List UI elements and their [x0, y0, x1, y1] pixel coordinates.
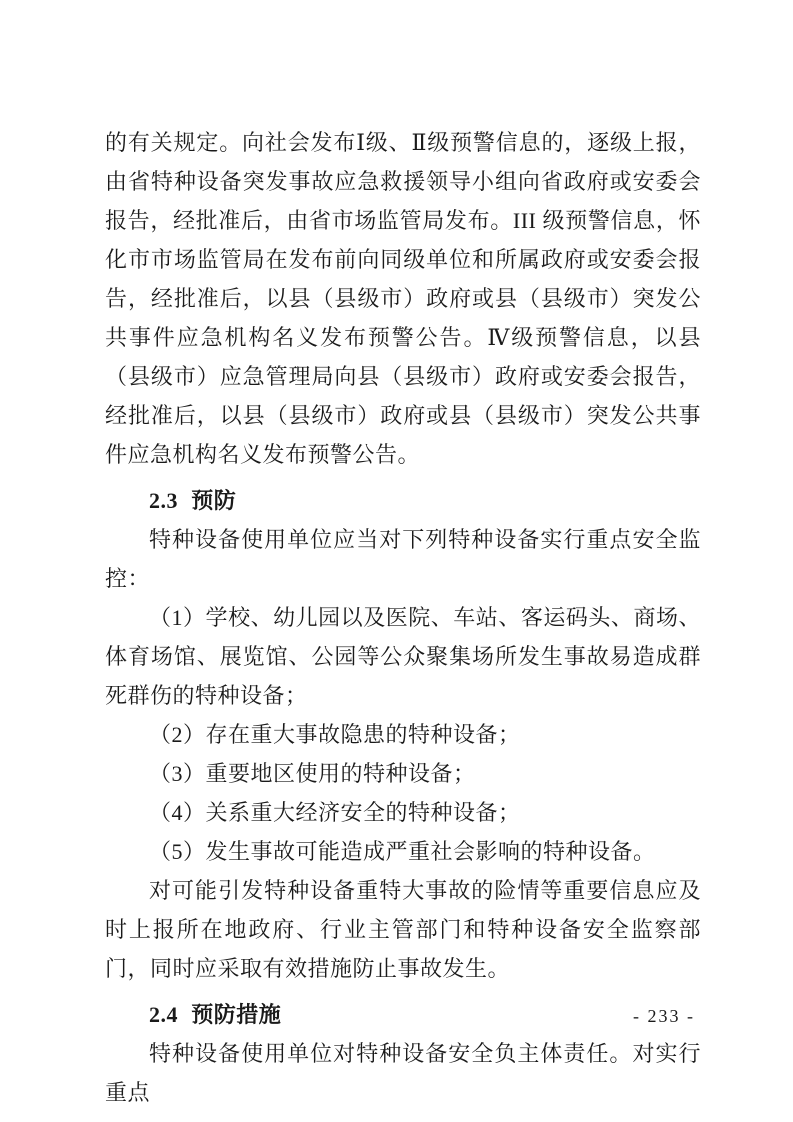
paragraph-risk-reporting: 对可能引发特种设备重特大事故的险情等重要信息应及时上报所在地政府、行业主管部门和… — [105, 871, 701, 988]
section-title: 预防 — [191, 488, 236, 513]
section-heading-2-3: 2.3预防 — [105, 481, 701, 520]
list-item-4: （4）关系重大经济安全的特种设备； — [105, 793, 701, 832]
section-number: 2.3 — [149, 488, 178, 513]
list-item-5: （5）发生事故可能造成严重社会影响的特种设备。 — [105, 832, 701, 871]
list-item-3: （3）重要地区使用的特种设备； — [105, 754, 701, 793]
list-item-2: （2）存在重大事故隐患的特种设备； — [105, 715, 701, 754]
paragraph-monitoring-intro: 特种设备使用单位应当对下列特种设备实行重点安全监控： — [105, 520, 701, 598]
paragraph-responsibility: 特种设备使用单位对特种设备安全负主体责任。对实行重点 — [105, 1034, 701, 1112]
paragraph-warning-publication: 的有关规定。向社会发布Ⅰ级、Ⅱ级预警信息的，逐级上报，由省特种设备突发事故应急救… — [105, 123, 701, 474]
section-title: 预防措施 — [191, 1002, 281, 1027]
document-page: 的有关规定。向社会发布Ⅰ级、Ⅱ级预警信息的，逐级上报，由省特种设备突发事故应急救… — [0, 0, 793, 1122]
page-number: - 233 - — [633, 1004, 695, 1028]
document-body: 的有关规定。向社会发布Ⅰ级、Ⅱ级预警信息的，逐级上报，由省特种设备突发事故应急救… — [105, 123, 701, 1112]
list-item-1: （1）学校、幼儿园以及医院、车站、客运码头、商场、体育场馆、展览馆、公园等公众聚… — [105, 598, 701, 715]
section-heading-2-4: 2.4预防措施 — [105, 995, 701, 1034]
section-number: 2.4 — [149, 1002, 178, 1027]
